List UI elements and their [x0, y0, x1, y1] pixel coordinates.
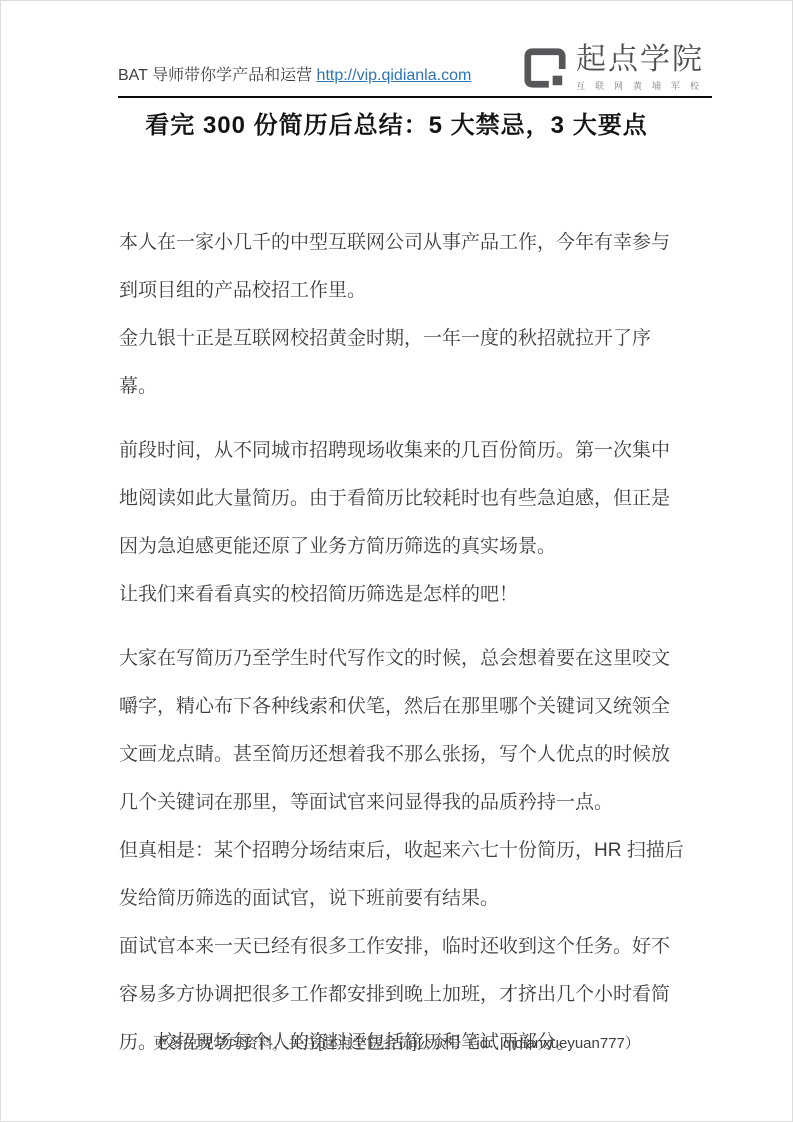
article-title: 看完 300 份简历后总结：5 大禁忌，3 大要点: [1, 105, 792, 140]
article-body: 本人在一家小几千的中型互联网公司从事产品工作，今年有幸参与到项目组的产品校招工作…: [119, 219, 685, 1067]
header-divider: [118, 96, 712, 98]
paragraph: 本人在一家小几千的中型互联网公司从事产品工作，今年有幸参与到项目组的产品校招工作…: [119, 219, 685, 315]
document-page: BAT 导师带你学产品和运营 http://vip.qidianla.com 起…: [0, 0, 793, 1122]
header-link[interactable]: http://vip.qidianla.com: [317, 67, 472, 84]
page-footer: 更多免费学习资料，关注[起点学院会员]公众号（id：qidianxueyuan7…: [1, 1032, 792, 1053]
paragraph: 前段时间，从不同城市招聘现场收集来的几百份简历。第一次集中地阅读如此大量简历。由…: [119, 427, 685, 571]
header-tagline: BAT 导师带你学产品和运营 http://vip.qidianla.com: [118, 62, 471, 85]
paragraph: 金九银十正是互联网校招黄金时期，一年一度的秋招就拉开了序幕。: [119, 315, 685, 411]
logo-name: 起点学院: [576, 43, 709, 77]
paragraph: 大家在写简历乃至学生时代写作文的时候，总会想着要在这里咬文嚼字，精心布下各种线索…: [119, 635, 685, 827]
logo-text: 起点学院 互联网黄埔军校: [576, 43, 709, 92]
logo-subtitle: 互联网黄埔军校: [576, 79, 709, 92]
paragraph: 但真相是：某个招聘分场结束后，收起来六七十份简历，HR 扫描后发给简历筛选的面试…: [119, 827, 685, 923]
paragraph: 让我们来看看真实的校招简历筛选是怎样的吧！: [119, 571, 685, 619]
header-tagline-text: BAT 导师带你学产品和运营: [118, 67, 317, 84]
qidian-logo-icon: [523, 45, 567, 91]
logo: 起点学院 互联网黄埔军校: [523, 43, 709, 92]
